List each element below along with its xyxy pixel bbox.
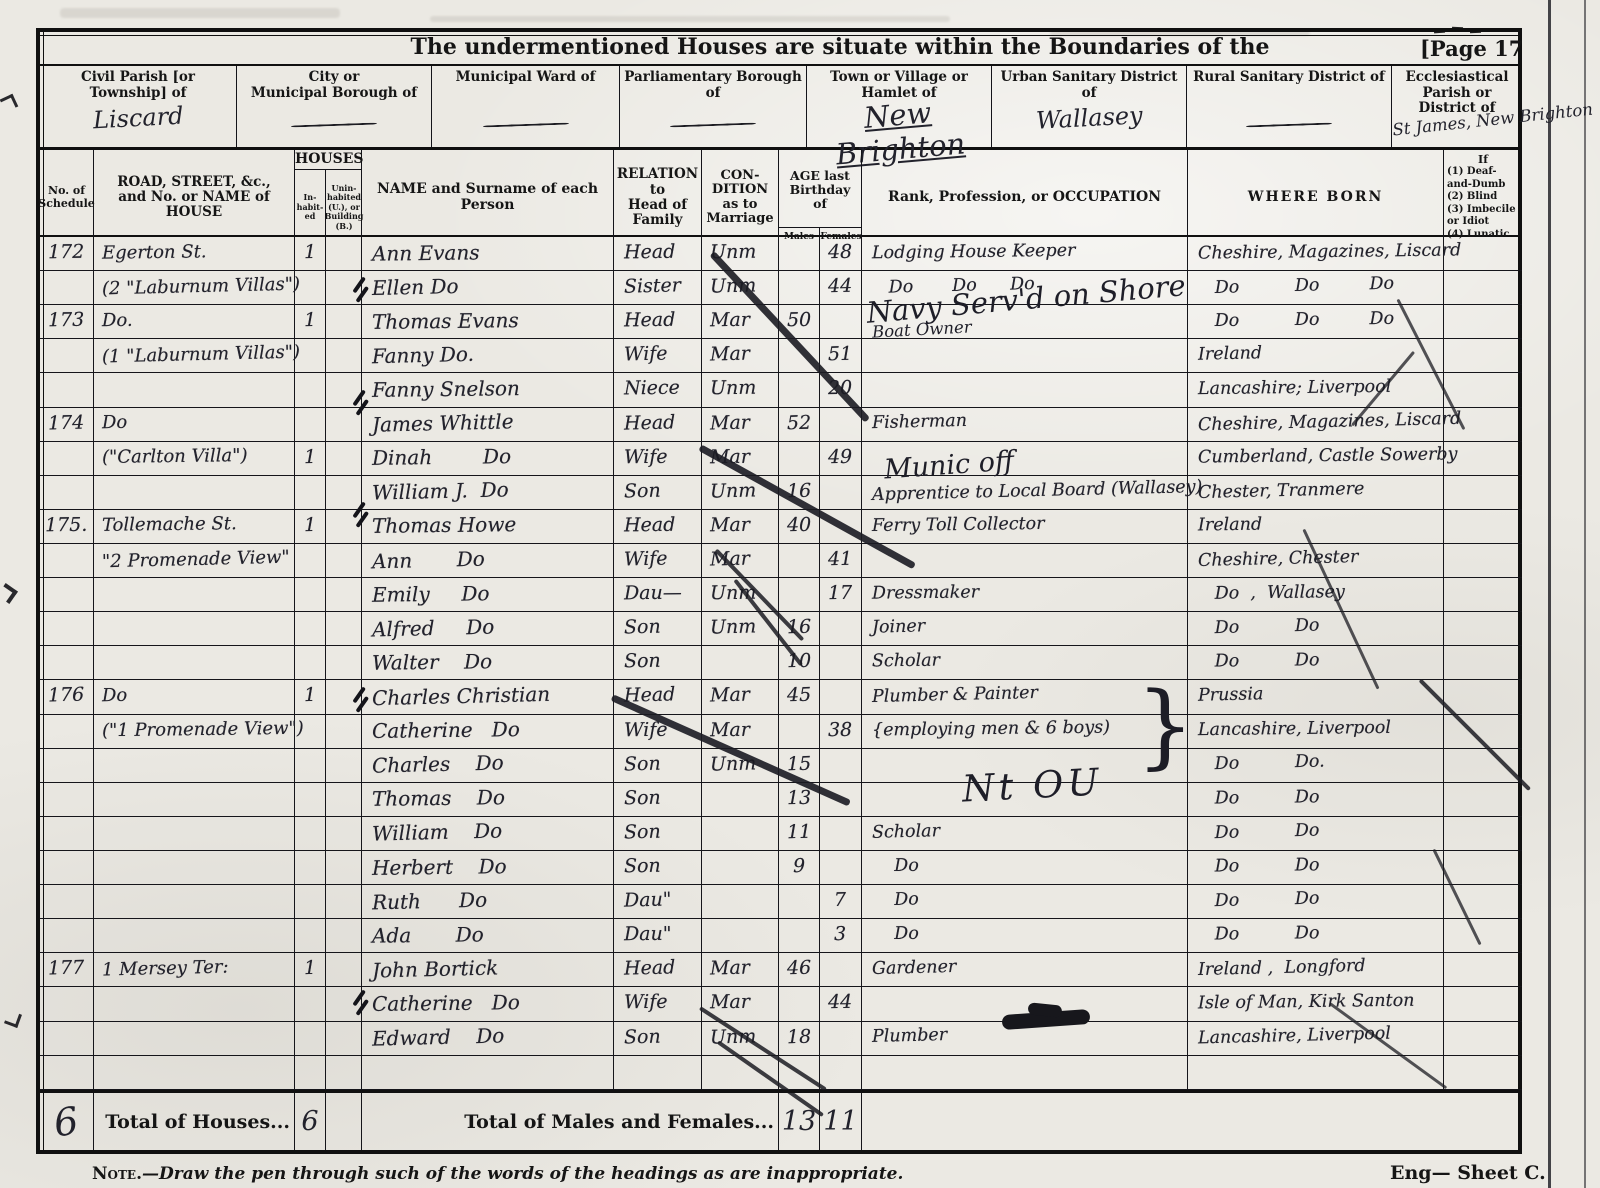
cell-age-female: 44 xyxy=(820,271,862,304)
cell-age-female xyxy=(820,851,862,884)
table-row: Emily Do Dau— Unm 17 Dressmaker Do , Wal… xyxy=(40,578,1522,612)
cell-road: Egerton St. xyxy=(94,237,295,270)
cell-uninhabited xyxy=(326,237,362,270)
cell-schedule xyxy=(40,476,94,509)
district-field-value: — xyxy=(237,102,431,148)
cell-condition: Unm xyxy=(702,237,779,270)
cell-infirmity xyxy=(1444,851,1522,884)
cell-infirmity xyxy=(1444,783,1522,816)
cell-road xyxy=(94,987,295,1020)
cell-schedule xyxy=(40,919,94,952)
cell-schedule xyxy=(40,442,94,475)
cell-road xyxy=(94,476,295,509)
cell-schedule: 175. xyxy=(40,510,94,543)
cell-infirmity xyxy=(1444,987,1522,1020)
cell-schedule xyxy=(40,715,94,748)
cell-schedule xyxy=(40,749,94,782)
cell-condition: Mar xyxy=(702,442,779,475)
cell-inhabited xyxy=(295,851,326,884)
cell-inhabited xyxy=(295,919,326,952)
cell-relation: Wife xyxy=(614,442,702,475)
district-header: Civil Parish [or Township] of Liscard Ci… xyxy=(40,64,1522,150)
cell-uninhabited xyxy=(326,339,362,372)
table-row: (1 "Laburnum Villas") Fanny Do. Wife Mar… xyxy=(40,339,1522,373)
cell-name: Catherine Do xyxy=(362,715,614,748)
cell-age-female: 41 xyxy=(820,544,862,577)
cell-age-female xyxy=(820,783,862,816)
cell-name: Ellen Do xyxy=(362,271,614,304)
cell-age-male xyxy=(779,271,820,304)
table-row: 177 1 Mersey Ter: 1 John Bortick Head Ma… xyxy=(40,953,1522,987)
totals-houses-label: Total of Houses... xyxy=(94,1093,295,1150)
district-field: Town or Village or Hamlet of New Brighto… xyxy=(807,66,992,147)
cell-road: ("Carlton Villa") xyxy=(94,442,295,475)
adjacent-page-edge xyxy=(1548,0,1551,1188)
col-header-condition: CON- DITION as to Marriage xyxy=(702,150,779,245)
cell-where-born: Cheshire, Chester xyxy=(1188,544,1444,577)
cell-where-born: Cheshire, Magazines, Liscard xyxy=(1188,408,1444,441)
cell-where-born: Do , Wallasey xyxy=(1188,578,1444,611)
table-row: Catherine Do Wife Mar 44 Isle of Man, Ki… xyxy=(40,987,1522,1021)
cell-infirmity xyxy=(1444,885,1522,918)
cell-relation: Dau" xyxy=(614,919,702,952)
cell-age-female: 38 xyxy=(820,715,862,748)
cell-where-born: Lancashire, Liverpool xyxy=(1188,1022,1444,1055)
cell-name: William J. Do xyxy=(362,476,614,509)
cell-where-born: Do Do xyxy=(1188,885,1444,918)
table-row: 172 Egerton St. 1 Ann Evans Head Unm 48 … xyxy=(40,237,1522,271)
cell-infirmity xyxy=(1444,271,1522,304)
pen-dash-mark xyxy=(1246,122,1332,127)
cell-age-female: 20 xyxy=(820,373,862,406)
table-row: Ruth Do Dau" 7 Do Do Do xyxy=(40,885,1522,919)
cell-inhabited: 1 xyxy=(295,305,326,338)
cell-road: "2 Promenade View" xyxy=(94,544,295,577)
cell-infirmity xyxy=(1444,817,1522,850)
cell-inhabited xyxy=(295,783,326,816)
cell-where-born: Do Do. xyxy=(1188,749,1444,782)
col-header-where-born: WHERE BORN xyxy=(1188,150,1444,245)
cell-age-male: 10 xyxy=(779,646,820,679)
cell-where-born: Cheshire, Magazines, Liscard xyxy=(1188,237,1444,270)
cell-age-female xyxy=(820,510,862,543)
cell-schedule: 177 xyxy=(40,953,94,986)
totals-band: 6 Total of Houses... 6 Total of Males an… xyxy=(40,1090,1522,1150)
cell-inhabited xyxy=(295,1022,326,1055)
table-row: Charles Do Son Unm 15 Do Do. xyxy=(40,749,1522,783)
cell-relation: Son xyxy=(614,476,702,509)
cell-relation: Sister xyxy=(614,271,702,304)
col-header-road: ROAD, STREET, &c., and No. or NAME of HO… xyxy=(94,150,295,245)
cell-age-male: 52 xyxy=(779,408,820,441)
cell-schedule: 176 xyxy=(40,680,94,713)
pen-dash-mark xyxy=(482,122,568,127)
cell-age-male: 45 xyxy=(779,680,820,713)
cell-relation: Son xyxy=(614,646,702,679)
col-header-age: AGE last Birthday of Males Females xyxy=(779,150,862,245)
cell-schedule: 172 xyxy=(40,237,94,270)
district-field-value: New Brighton xyxy=(807,102,991,148)
cell-road: 1 Mersey Ter: xyxy=(94,953,295,986)
cell-condition: Unm xyxy=(702,476,779,509)
col-header-inhabited: In- habit- ed xyxy=(295,170,326,246)
cell-road xyxy=(94,817,295,850)
cell-occupation: Joiner xyxy=(862,612,1188,645)
district-field: Civil Parish [or Township] of Liscard xyxy=(40,66,237,147)
cell-age-female: 44 xyxy=(820,987,862,1020)
district-field: Urban Sanitary District of Wallasey xyxy=(992,66,1187,147)
cell-infirmity xyxy=(1444,476,1522,509)
cell-inhabited: 1 xyxy=(295,510,326,543)
cell-condition: Unm xyxy=(702,1022,779,1055)
totals-persons-label: Total of Males and Females... xyxy=(362,1093,779,1150)
cell-relation: Head xyxy=(614,680,702,713)
cell-road: Tollemache St. xyxy=(94,510,295,543)
cell-schedule xyxy=(40,339,94,372)
district-field-value: St James, New Brighton xyxy=(1392,102,1522,148)
cell-relation: Son xyxy=(614,851,702,884)
cell-age-female xyxy=(820,646,862,679)
handwritten-value: St James, New Brighton xyxy=(1392,100,1594,140)
col-header-age-group: AGE last Birthday of xyxy=(790,150,851,227)
margin-mark xyxy=(0,583,18,604)
cell-schedule xyxy=(40,544,94,577)
cell-age-male xyxy=(779,237,820,270)
cell-condition xyxy=(702,919,779,952)
cell-infirmity xyxy=(1444,749,1522,782)
cell-condition: Unm xyxy=(702,612,779,645)
cell-relation: Wife xyxy=(614,544,702,577)
cell-where-born: Do Do xyxy=(1188,612,1444,645)
cell-occupation: Gardener xyxy=(862,953,1188,986)
cell-relation: Son xyxy=(614,817,702,850)
cell-relation: Son xyxy=(614,783,702,816)
cell-age-male xyxy=(779,442,820,475)
cell-condition: Unm xyxy=(702,749,779,782)
cell-inhabited xyxy=(295,749,326,782)
cell-condition: Unm xyxy=(702,578,779,611)
cell-occupation xyxy=(862,339,1188,372)
cell-where-born: Do Do xyxy=(1188,851,1444,884)
cell-road xyxy=(94,578,295,611)
cell-where-born: Do Do xyxy=(1188,783,1444,816)
cell-name: Dinah Do xyxy=(362,442,614,475)
cell-condition: Mar xyxy=(702,544,779,577)
table-row: Ada Do Dau" 3 Do Do Do xyxy=(40,919,1522,953)
district-field-value: Wallasey xyxy=(992,102,1186,148)
col-header-houses: HOUSES In- habit- ed Unin- habited (U.),… xyxy=(295,150,362,245)
cell-relation: Dau" xyxy=(614,885,702,918)
cell-road xyxy=(94,851,295,884)
cell-uninhabited xyxy=(326,783,362,816)
table-row: Edward Do Son Unm 18 Plumber Lancashire,… xyxy=(40,1022,1522,1056)
cell-uninhabited xyxy=(326,578,362,611)
margin-mark xyxy=(4,1010,22,1028)
cell-condition: Unm xyxy=(702,373,779,406)
occupation-brace: } xyxy=(1136,672,1195,779)
cell-infirmity xyxy=(1444,1022,1522,1055)
totals-males: 13 xyxy=(779,1093,820,1150)
cell-uninhabited xyxy=(326,715,362,748)
col-header-infirmity-items: (1) Deaf-and-Dumb (2) Blind (3) Imbecile… xyxy=(1447,166,1519,241)
cell-where-born: Chester, Tranmere xyxy=(1188,476,1444,509)
cell-age-female xyxy=(820,749,862,782)
cell-schedule xyxy=(40,817,94,850)
scan-smudge xyxy=(60,8,340,18)
cell-where-born: Lancashire; Liverpool xyxy=(1188,373,1444,406)
cell-infirmity xyxy=(1444,305,1522,338)
district-field: City or Municipal Borough of — xyxy=(237,66,432,147)
cell-relation: Son xyxy=(614,749,702,782)
cell-condition xyxy=(702,885,779,918)
cell-inhabited: 1 xyxy=(295,237,326,270)
table-row: Thomas Do Son 13 Do Do xyxy=(40,783,1522,817)
cell-age-female: 49 xyxy=(820,442,862,475)
district-field: Rural Sanitary District of — xyxy=(1187,66,1392,147)
col-header-occupation: Rank, Profession, or OCCUPATION xyxy=(862,150,1188,245)
table-row: 174 Do James Whittle Head Mar 52 Fisherm… xyxy=(40,408,1522,442)
cell-schedule xyxy=(40,612,94,645)
cell-relation: Son xyxy=(614,1022,702,1055)
cell-name: John Bortick xyxy=(362,953,614,986)
cell-inhabited: 1 xyxy=(295,953,326,986)
cell-infirmity xyxy=(1444,953,1522,986)
cell-inhabited xyxy=(295,987,326,1020)
cell-occupation: Dressmaker xyxy=(862,578,1188,611)
district-field: Ecclesiastical Parish or District of St … xyxy=(1392,66,1522,147)
cell-road xyxy=(94,612,295,645)
col-header-schedule: No. of Schedule xyxy=(40,150,94,245)
cell-relation: Head xyxy=(614,510,702,543)
cell-age-male xyxy=(779,339,820,372)
col-header-houses-group: HOUSES xyxy=(295,150,361,170)
cell-age-female: 7 xyxy=(820,885,862,918)
pen-dash-mark xyxy=(291,122,377,127)
cell-age-female xyxy=(820,680,862,713)
cell-relation: Dau— xyxy=(614,578,702,611)
totals-schedule-mark: 6 xyxy=(40,1093,94,1150)
cell-where-born: Ireland , Longford xyxy=(1188,953,1444,986)
cell-condition xyxy=(702,646,779,679)
cell-uninhabited xyxy=(326,442,362,475)
cell-uninhabited xyxy=(326,305,362,338)
cell-name: Ruth Do xyxy=(362,885,614,918)
cell-age-male xyxy=(779,715,820,748)
cell-where-born: Do Do xyxy=(1188,919,1444,952)
totals-houses-value: 6 xyxy=(295,1093,326,1150)
handwritten-value: Wallasey xyxy=(1035,101,1143,135)
table-row: Fanny Snelson Niece Unm 20 Lancashire; L… xyxy=(40,373,1522,407)
cell-age-female: 51 xyxy=(820,339,862,372)
cell-infirmity xyxy=(1444,544,1522,577)
cell-condition: Mar xyxy=(702,408,779,441)
cell-infirmity xyxy=(1444,510,1522,543)
cell-age-female: 3 xyxy=(820,919,862,952)
cell-name: Ann Evans xyxy=(362,237,614,270)
sheet-label: Eng— Sheet C. xyxy=(1390,1162,1546,1184)
cell-age-male xyxy=(779,885,820,918)
cell-road xyxy=(94,919,295,952)
cell-age-female xyxy=(820,305,862,338)
cell-age-female: 17 xyxy=(820,578,862,611)
table-row: Walter Do Son 10 Scholar Do Do xyxy=(40,646,1522,680)
cell-road xyxy=(94,646,295,679)
cell-where-born: Lancashire, Liverpool xyxy=(1188,715,1444,748)
cell-road xyxy=(94,749,295,782)
cell-inhabited xyxy=(295,476,326,509)
cell-age-male: 15 xyxy=(779,749,820,782)
footer-note: Note.—Draw the pen through such of the w… xyxy=(92,1164,903,1184)
cell-name: James Whittle xyxy=(362,408,614,441)
cell-occupation: Do xyxy=(862,919,1188,952)
cell-inhabited: 1 xyxy=(295,680,326,713)
table-row: Herbert Do Son 9 Do Do Do xyxy=(40,851,1522,885)
cell-infirmity xyxy=(1444,612,1522,645)
cell-inhabited xyxy=(295,817,326,850)
cell-schedule xyxy=(40,851,94,884)
cell-condition xyxy=(702,783,779,816)
cell-age-male xyxy=(779,919,820,952)
cell-condition: Mar xyxy=(702,510,779,543)
blank-row xyxy=(40,1056,1522,1090)
cell-relation: Head xyxy=(614,237,702,270)
cell-age-male: 9 xyxy=(779,851,820,884)
cell-inhabited xyxy=(295,408,326,441)
cell-uninhabited xyxy=(326,953,362,986)
cell-uninhabited xyxy=(326,1022,362,1055)
cell-uninhabited xyxy=(326,612,362,645)
cell-age-male: 40 xyxy=(779,510,820,543)
cell-road xyxy=(94,885,295,918)
cell-condition: Unm xyxy=(702,271,779,304)
cell-where-born: Do Do Do xyxy=(1188,305,1444,338)
cell-condition: Mar xyxy=(702,680,779,713)
cell-infirmity xyxy=(1444,373,1522,406)
cell-where-born: Do Do Do xyxy=(1188,271,1444,304)
district-field-label: Parliamentary Borough of xyxy=(620,66,806,101)
cell-age-male: 13 xyxy=(779,783,820,816)
cell-age-female xyxy=(820,408,862,441)
cell-name: Thomas Do xyxy=(362,783,614,816)
district-field-label: Urban Sanitary District of xyxy=(992,66,1186,101)
cell-infirmity xyxy=(1444,680,1522,713)
cell-age-female xyxy=(820,1022,862,1055)
cell-age-male: 50 xyxy=(779,305,820,338)
district-field: Parliamentary Borough of — xyxy=(620,66,807,147)
cell-infirmity xyxy=(1444,715,1522,748)
cell-schedule xyxy=(40,783,94,816)
occupation-scrawl-monogram: Nt OU xyxy=(961,760,1104,810)
table-row: 175. Tollemache St. 1 Thomas Howe Head M… xyxy=(40,510,1522,544)
district-field-value: — xyxy=(1187,102,1391,148)
cell-schedule: 174 xyxy=(40,408,94,441)
census-rows: 172 Egerton St. 1 Ann Evans Head Unm 48 … xyxy=(40,237,1522,1056)
cell-where-born: Prussia xyxy=(1188,680,1444,713)
cell-where-born: Do Do xyxy=(1188,646,1444,679)
cell-where-born: Ireland xyxy=(1188,510,1444,543)
table-row: "2 Promenade View" Ann Do Wife Mar 41 Ch… xyxy=(40,544,1522,578)
totals-females: 11 xyxy=(820,1093,862,1150)
table-row: William J. Do Son Unm 16 Apprentice to L… xyxy=(40,476,1522,510)
cell-uninhabited xyxy=(326,749,362,782)
cell-inhabited xyxy=(295,612,326,645)
cell-schedule xyxy=(40,885,94,918)
district-field-label: City or Municipal Borough of xyxy=(237,66,431,101)
cell-condition xyxy=(702,817,779,850)
page-title: The undermentioned Houses are situate wi… xyxy=(410,34,1270,60)
cell-road: Do xyxy=(94,408,295,441)
cell-relation: Wife xyxy=(614,715,702,748)
cell-condition: Mar xyxy=(702,305,779,338)
cell-schedule xyxy=(40,578,94,611)
cell-age-female xyxy=(820,612,862,645)
district-field-label: Rural Sanitary District of xyxy=(1187,66,1391,86)
census-scan-page: The undermentioned Houses are situate wi… xyxy=(0,0,1600,1188)
cell-name: Herbert Do xyxy=(362,851,614,884)
cell-road: Do xyxy=(94,680,295,713)
col-header-name: NAME and Surname of each Person xyxy=(362,150,614,245)
cell-occupation xyxy=(862,544,1188,577)
cell-uninhabited xyxy=(326,851,362,884)
cell-age-female: 48 xyxy=(820,237,862,270)
cell-inhabited xyxy=(295,885,326,918)
cell-schedule xyxy=(40,1022,94,1055)
totals-empty xyxy=(862,1093,1522,1150)
cell-relation: Son xyxy=(614,612,702,645)
district-field-value: — xyxy=(620,102,806,148)
district-field-value: Liscard xyxy=(40,102,236,148)
cell-age-female xyxy=(820,817,862,850)
cell-age-male: 11 xyxy=(779,817,820,850)
cell-name: Edward Do xyxy=(362,1022,614,1055)
cell-uninhabited xyxy=(326,817,362,850)
cell-age-female xyxy=(820,953,862,986)
cell-name: Charles Do xyxy=(362,749,614,782)
cell-condition: Mar xyxy=(702,715,779,748)
cell-occupation: Do xyxy=(862,851,1188,884)
cell-age-male xyxy=(779,987,820,1020)
cell-relation: Niece xyxy=(614,373,702,406)
cell-where-born: Do Do xyxy=(1188,817,1444,850)
district-field: Municipal Ward of — xyxy=(432,66,620,147)
cell-road: ("1 Promenade View") xyxy=(94,715,295,748)
cell-schedule xyxy=(40,271,94,304)
table-row: (2 "Laburnum Villas") Ellen Do Sister Un… xyxy=(40,271,1522,305)
cell-name: Fanny Do. xyxy=(362,339,614,372)
cell-road xyxy=(94,783,295,816)
footer-note-text: —Draw the pen through such of the words … xyxy=(142,1164,903,1184)
cell-infirmity xyxy=(1444,578,1522,611)
cell-relation: Wife xyxy=(614,987,702,1020)
district-field-value: — xyxy=(432,102,619,148)
margin-mark xyxy=(0,94,18,113)
cell-uninhabited xyxy=(326,544,362,577)
cell-infirmity xyxy=(1444,339,1522,372)
footer-note-prefix: Note. xyxy=(92,1164,142,1184)
col-header-infirmity: If (1) Deaf-and-Dumb (2) Blind (3) Imbec… xyxy=(1444,150,1522,245)
cell-road xyxy=(94,1022,295,1055)
cell-occupation: Ferry Toll Collector xyxy=(862,510,1188,543)
cell-name: Fanny Snelson xyxy=(362,373,614,406)
table-row: Alfred Do Son Unm 16 Joiner Do Do xyxy=(40,612,1522,646)
table-row: ("Carlton Villa") 1 Dinah Do Wife Mar 49… xyxy=(40,442,1522,476)
cell-inhabited xyxy=(295,544,326,577)
column-headers: No. of Schedule ROAD, STREET, &c., and N… xyxy=(40,150,1522,237)
cell-name: Thomas Evans xyxy=(362,305,614,338)
table-row: 173 Do. 1 Thomas Evans Head Mar 50 Do Do… xyxy=(40,305,1522,339)
cell-occupation: Scholar xyxy=(862,817,1188,850)
cell-where-born: Cumberland, Castle Sowerby xyxy=(1188,442,1444,475)
